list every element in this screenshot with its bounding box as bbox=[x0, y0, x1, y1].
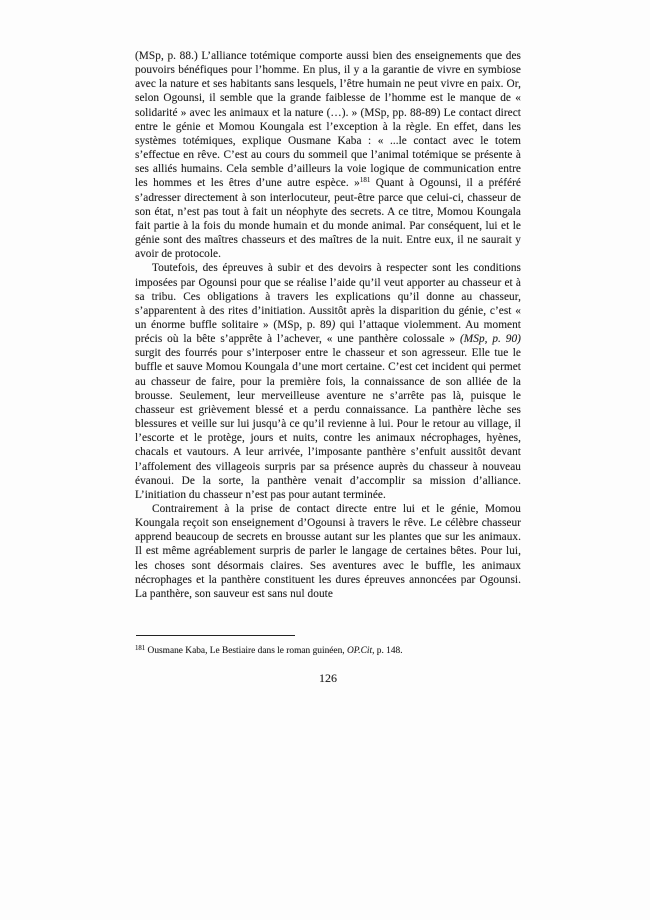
footnote-separator bbox=[136, 635, 295, 636]
paragraph-2: Toutefois, des épreuves à subir et des d… bbox=[135, 261, 521, 502]
paragraph-1-text-continued: Quant à Ogounsi, il a préféré s’adresser… bbox=[135, 177, 521, 260]
footnote-text-end: , p. 148. bbox=[372, 646, 402, 656]
citation-msp-p90: (MSp, p. 90) bbox=[460, 333, 521, 345]
document-page: (MSp, p. 88.) L’alliance totémique compo… bbox=[0, 0, 650, 920]
footnote-opcit-italic: OP.Cit bbox=[347, 646, 372, 656]
footnote-text: Ousmane Kaba, Le Bestiaire dans le roman… bbox=[145, 646, 347, 656]
footnote-marker: 181 bbox=[135, 645, 145, 652]
footnote-reference-181: 181 bbox=[360, 176, 371, 184]
paragraph-2-text: surgit des fourrés pour s’interposer ent… bbox=[135, 347, 521, 501]
body-text: (MSp, p. 88.) L’alliance totémique compo… bbox=[135, 49, 521, 601]
paragraph-1: (MSp, p. 88.) L’alliance totémique compo… bbox=[135, 49, 521, 261]
paragraph-3: Contrairement à la prise de contact dire… bbox=[135, 502, 521, 601]
paragraph-1-text: (MSp, p. 88.) L’alliance totémique compo… bbox=[135, 50, 521, 189]
page-number: 126 bbox=[135, 671, 521, 686]
footnote: 181 Ousmane Kaba, Le Bestiaire dans le r… bbox=[135, 645, 521, 658]
